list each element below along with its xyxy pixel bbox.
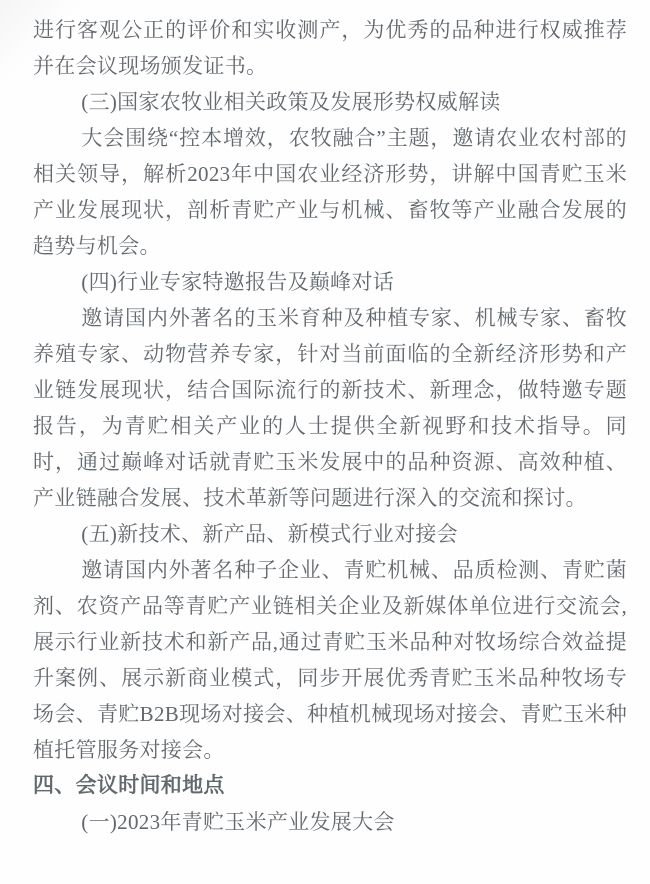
section-heading-time-and-location: 四、会议时间和地点 bbox=[33, 768, 627, 804]
paragraph-policy-interpretation: 大会围绕“控本增效，农牧融合”主题，邀请农业农村部的相关领导，解析2023年中国… bbox=[33, 120, 627, 264]
paragraph-industry-matchmaking: 邀请国内外著名种子企业、青贮机械、品质检测、青贮菌剂、农资产品等青贮产业链相关企… bbox=[33, 552, 627, 768]
subsection-heading-4: (四)行业专家特邀报告及巅峰对话 bbox=[33, 264, 627, 300]
subsection-heading-3: (三)国家农牧业相关政策及发展形势权威解读 bbox=[33, 84, 627, 120]
document-text-block: 进行客观公正的评价和实收测产，为优秀的品种进行权威推荐并在会议现场颁发证书。 (… bbox=[33, 12, 627, 840]
subsection-heading-1-conference: (一)2023年青贮玉米产业发展大会 bbox=[33, 804, 627, 840]
subsection-heading-5: (五)新技术、新产品、新模式行业对接会 bbox=[33, 516, 627, 552]
paragraph-expert-reports: 邀请国内外著名的玉米育种及种植专家、机械专家、畜牧养殖专家、动物营养专家，针对当… bbox=[33, 300, 627, 516]
paragraph-continued-from-previous-page: 进行客观公正的评价和实收测产，为优秀的品种进行权威推荐并在会议现场颁发证书。 bbox=[33, 12, 627, 84]
scanned-document-page: 进行客观公正的评价和实收测产，为优秀的品种进行权威推荐并在会议现场颁发证书。 (… bbox=[0, 0, 650, 884]
